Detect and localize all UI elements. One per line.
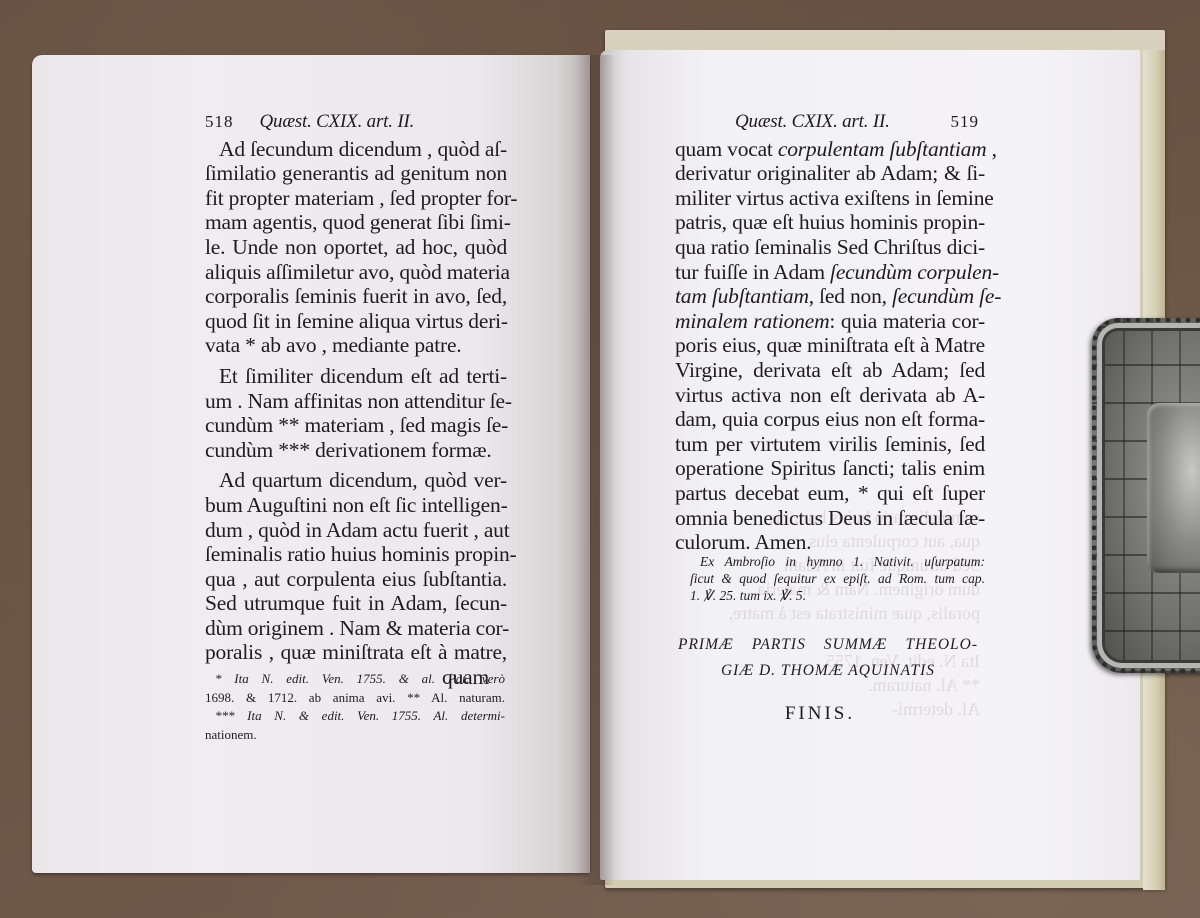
- text-line: um . Nam affinitas non attenditur ſe-: [205, 389, 507, 414]
- text-line: militer virtus activa exiſtens in ſemine: [675, 186, 985, 211]
- finis-text: FINIS.: [760, 703, 880, 725]
- page-number: 519: [951, 110, 980, 135]
- text-line: Virgine, derivata eſt ab Adam; ſed: [675, 358, 985, 383]
- text-line: aliquis aſſimiletur avo, quòd materia: [205, 260, 507, 285]
- text-line: dam, quia corpus eius non eſt forma-: [675, 407, 985, 432]
- text-line: qua ratio ſeminalis Sed Chriſtus dici-: [675, 235, 985, 260]
- right-page-text: Quæst. CXIX. art. II. 519 quam vocat cor…: [675, 110, 985, 555]
- text-line: Et ſimiliter dicendum eſt ad terti-: [205, 364, 507, 389]
- footnote-line: 1698. & 1712. ab anima avi. ** Al. natur…: [205, 689, 505, 708]
- text-line: poris eius, quæ miniſtrata eſt à Matre: [675, 333, 985, 358]
- left-page-header: 518 Quæst. CXIX. art. II.: [205, 110, 507, 135]
- text-line: Ad ſecundum dicendum , quòd aſ-: [205, 137, 507, 162]
- footnote-line: * Ita N. edit. Ven. 1755. & al. Pat. ver…: [205, 670, 505, 689]
- text-line: cundùm *** derivationem formæ.: [205, 438, 507, 463]
- text-line: Ad quartum dicendum, quòd ver-: [205, 468, 507, 493]
- running-head: Quæst. CXIX. art. II.: [735, 110, 890, 135]
- text-line: tam ſubſtantiam, ſed non, ſecundùm ſe-: [675, 284, 985, 309]
- source-note-line: ſicut & quod ſequitur ex epiſt. ad Rom. …: [690, 570, 985, 587]
- source-note-line: 1. ℣. 25. tum ix. ℣. 5.: [690, 587, 985, 604]
- clasp-emblem-icon: [1147, 403, 1200, 573]
- text-line: corporalis ſeminis fuerit in avo, ſed,: [205, 284, 507, 309]
- source-note: Ex Ambroſio in hymno 1. Nativit. uſurpat…: [690, 553, 985, 604]
- colophon: PRIMÆ PARTIS SUMMÆ THEOLO- GIÆ D. THOMÆ …: [678, 632, 978, 684]
- text-line: qua , aut corpulenta eius ſubſtantia.: [205, 567, 507, 592]
- colophon-line: PRIMÆ PARTIS SUMMÆ THEOLO-: [678, 632, 978, 658]
- text-line: bum Auguſtini non eſt ſic intelligen-: [205, 493, 507, 518]
- text-line: cundùm ** materiam , ſed magis ſe-: [205, 413, 507, 438]
- text-line: vata * ab avo , mediante patre.: [205, 333, 507, 358]
- text-line: minalem rationem: quia materia cor-: [675, 309, 985, 334]
- right-page-header: Quæst. CXIX. art. II. 519: [675, 110, 985, 135]
- text-line: quam vocat corpulentam ſubſtantiam ,: [675, 137, 985, 162]
- book-photo: seminalis ratio huius hominisqua, aut co…: [0, 0, 1200, 918]
- text-line: tum per virtutem virilis ſeminis, ſed: [675, 432, 985, 457]
- text-line: mam agentis, quod generat ſibi ſimi-: [205, 210, 507, 235]
- text-line: le. Unde non oportet, ad hoc, quòd: [205, 235, 507, 260]
- left-page-text: 518 Quæst. CXIX. art. II. Ad ſecundum di…: [205, 110, 507, 690]
- text-line: partus decebat eum, * qui eſt ſuper: [675, 481, 985, 506]
- page-number: 518: [205, 110, 234, 135]
- text-line: poralis , quæ miniſtrata eſt à matre,: [205, 640, 507, 665]
- footnote-line: nationem.: [205, 726, 505, 745]
- running-head: Quæst. CXIX. art. II.: [260, 110, 415, 135]
- text-line: dùm originem . Nam & materia cor-: [205, 616, 507, 641]
- left-page-footnotes: * Ita N. edit. Ven. 1755. & al. Pat. ver…: [205, 670, 505, 744]
- text-line: tur fuiſſe in Adam ſecundùm corpulen-: [675, 260, 985, 285]
- book-gutter: [575, 55, 615, 885]
- text-line: operatione Spiritus ſancti; talis enim: [675, 456, 985, 481]
- text-line: Sed utrumque fuit in Adam, ſecun-: [205, 591, 507, 616]
- text-line: patris, quæ eſt huius hominis propin-: [675, 210, 985, 235]
- text-line: quod ſit in ſemine aliqua virtus deri-: [205, 309, 507, 334]
- text-line: fit propter materiam , ſed propter for-: [205, 186, 507, 211]
- text-line: culorum. Amen.: [675, 530, 985, 555]
- colophon-line: GIÆ D. THOMÆ AQUINATIS: [678, 658, 978, 684]
- text-line: ſimilatio generantis ad genitum non: [205, 161, 507, 186]
- footnote-line: *** Ita N. & edit. Ven. 1755. Al. determ…: [205, 707, 505, 726]
- source-note-line: Ex Ambroſio in hymno 1. Nativit. uſurpat…: [690, 553, 985, 570]
- text-line: derivatur originaliter ab Adam; & ſi-: [675, 161, 985, 186]
- text-line: omnia benedictus Deus in ſæcula ſæ-: [675, 506, 985, 531]
- text-line: ſeminalis ratio huius hominis propin-: [205, 542, 507, 567]
- text-line: dum , quòd in Adam actu fuerit , aut: [205, 518, 507, 543]
- text-line: virtus activa non eſt derivata ab A-: [675, 383, 985, 408]
- metal-clasp-icon: [1092, 318, 1200, 673]
